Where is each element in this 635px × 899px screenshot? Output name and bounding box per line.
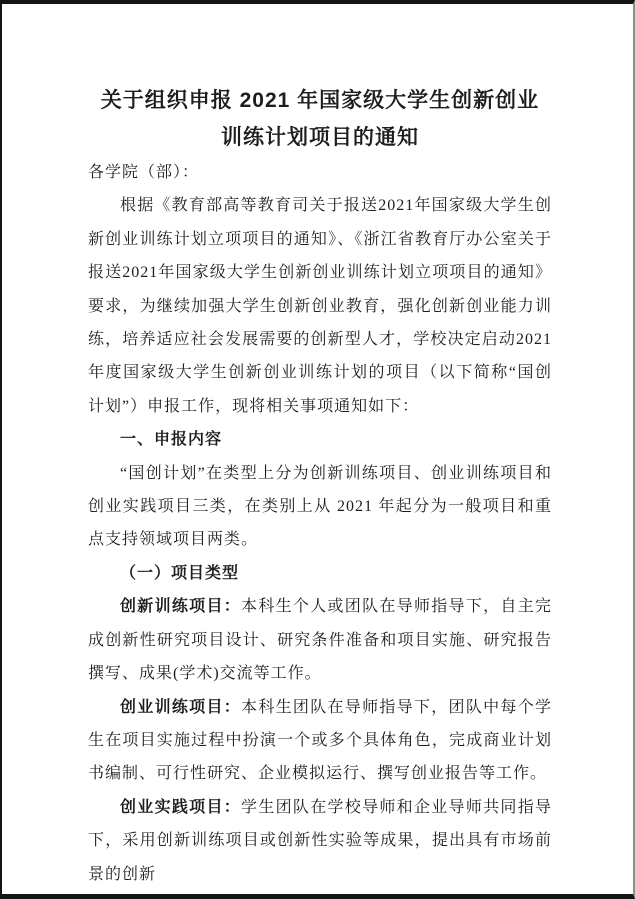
page-title-line-2: 训练计划项目的通知 [88,119,552,156]
project-type-innovation-training: 创新训练项目：本科生个人或团队在导师指导下，自主完成创新性研究项目设计、研究条件… [88,590,552,690]
salutation: 各学院（部）： [88,156,552,189]
project-type-entrepreneurship-practice: 创业实践项目：学生团队在学校导师和企业导师共同指导下，采用创新训练项目或创新性实… [88,791,552,891]
project-type-entrepreneurship-training: 创业训练项目：本科生团队在导师指导下，团队中每个学生在项目实施过程中扮演一个或多… [88,691,552,791]
page-title-line-1: 关于组织申报 2021 年国家级大学生创新创业 [88,82,552,119]
project-type-lead: 创新训练项目： [120,598,241,615]
section-1-heading: 一、申报内容 [88,423,552,456]
subsection-1-heading: （一）项目类型 [88,557,552,590]
section-1-intro-paragraph: “国创计划”在类型上分为创新训练项目、创业训练项目和创业实践项目三类，在类别上从… [88,457,552,557]
page-title: 关于组织申报 2021 年国家级大学生创新创业 训练计划项目的通知 [88,82,552,156]
scanned-document-page: 关于组织申报 2021 年国家级大学生创新创业 训练计划项目的通知 各学院（部）… [0,0,635,899]
project-type-lead: 创业实践项目： [120,799,241,816]
project-type-lead: 创业训练项目： [120,699,241,716]
document-content: 关于组织申报 2021 年国家级大学生创新创业 训练计划项目的通知 各学院（部）… [88,82,552,891]
intro-paragraph: 根据《教育部高等教育司关于报送2021年国家级大学生创新创业训练计划立项项目的通… [88,189,552,423]
